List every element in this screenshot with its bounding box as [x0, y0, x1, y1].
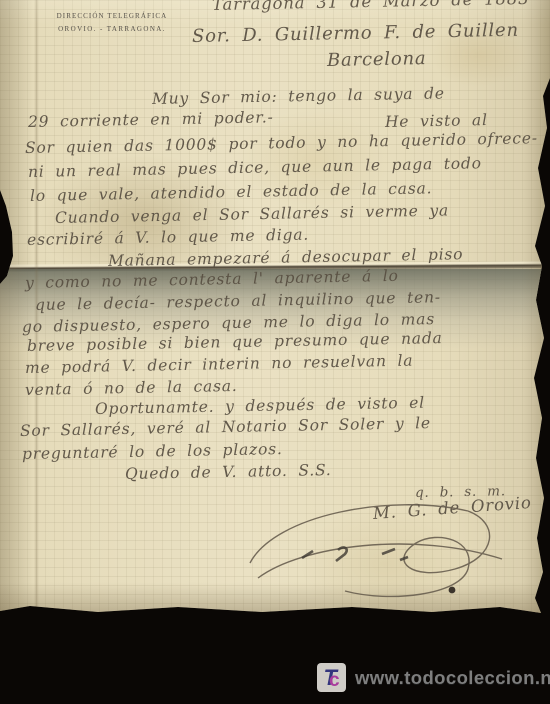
ink-smudges	[290, 540, 470, 600]
addressee-line: Sor. D. Guillermo F. de Guillen	[192, 20, 519, 47]
handwriting-line: escribiré á V. lo que me diga.	[27, 226, 309, 249]
watermark-url: www.todocoleccion.net	[355, 667, 550, 689]
handwriting-line: Sor quien das 1000$ por todo y no ha que…	[25, 129, 538, 157]
handwriting-line: me podrá V. decir interin no resuelvan l…	[25, 352, 414, 377]
closing-line: Quedo de V. atto. S.S.	[125, 461, 332, 483]
handwriting-line: venta ó no de la casa.	[25, 377, 238, 399]
watermark: T c www.todocoleccion.net	[317, 663, 550, 692]
handwriting-line: 29 corriente en mi poder.-	[28, 108, 274, 131]
letterhead-telegraph-line: DIRECCIÓN TELEGRÁFICA	[52, 12, 172, 20]
handwriting-line: lo que vale, atendido el estado de la ca…	[30, 179, 433, 205]
dateline: Tarragona 31 de Marzo de 1883	[212, 0, 530, 14]
todocoleccion-logo: T c	[317, 663, 346, 692]
ink-dot	[449, 587, 456, 594]
handwriting-line: Sor Sallarés, veré al Notario Sor Soler …	[20, 414, 431, 440]
letter-paper: DIRECCIÓN TELEGRÁFICA OROVIO. - TARRAGON…	[0, 0, 550, 613]
printed-letterhead: DIRECCIÓN TELEGRÁFICA OROVIO. - TARRAGON…	[52, 12, 172, 33]
handwriting-line: ni un real mas pues dice, que aun le pag…	[28, 154, 482, 181]
handwriting-line: He visto al	[385, 111, 488, 131]
handwriting-line: Cuando venga el Sor Sallarés si verme ya	[55, 201, 449, 227]
letterhead-city-line: OROVIO. - TARRAGONA.	[52, 25, 172, 33]
handwriting-line: preguntaré lo de los plazos.	[22, 440, 283, 463]
handwriting-line: Muy Sor mio: tengo la suya de	[152, 84, 445, 108]
photo-of-letter: DIRECCIÓN TELEGRÁFICA OROVIO. - TARRAGON…	[0, 0, 550, 704]
logo-letter-c: c	[329, 670, 340, 692]
addressee-city: Barcelona	[327, 48, 427, 71]
